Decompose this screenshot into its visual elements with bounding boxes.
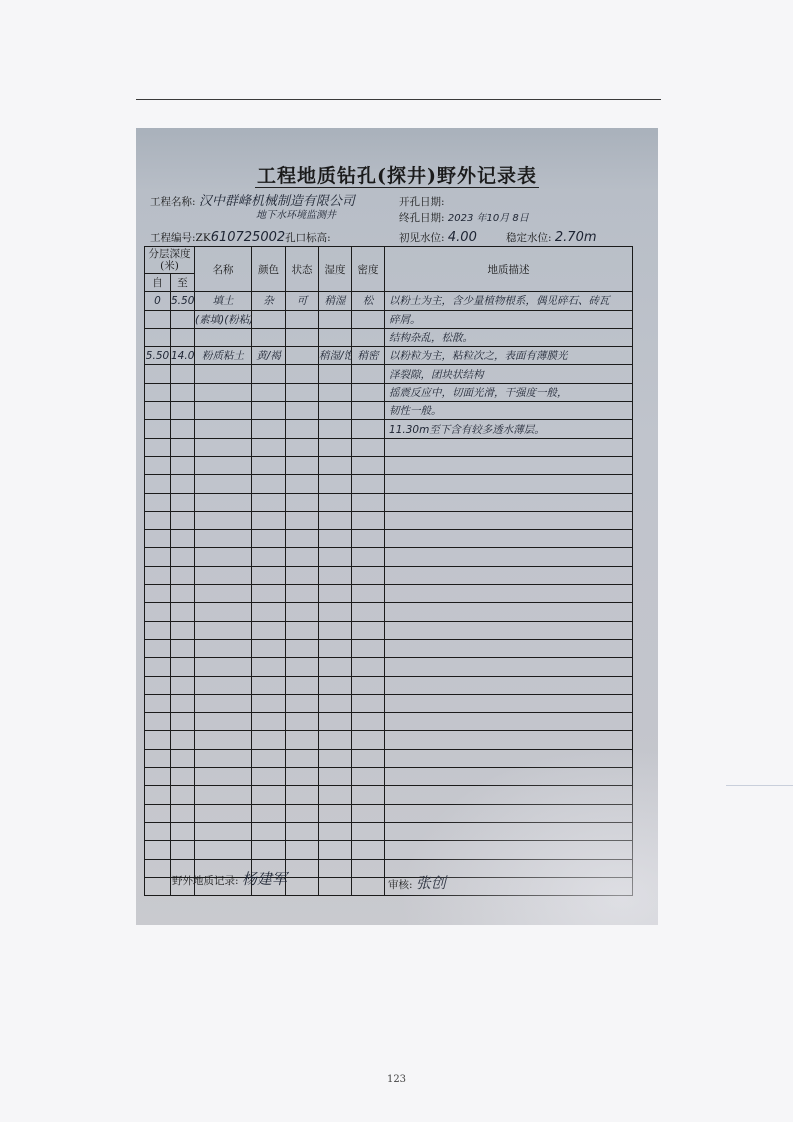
cell-to [171, 731, 195, 749]
cell-density [352, 511, 385, 529]
cell-humidity [319, 383, 352, 401]
cell-from [145, 859, 171, 877]
cell-name [195, 383, 252, 401]
cell-to [171, 749, 195, 767]
cell-density [352, 566, 385, 584]
cell-name [195, 511, 252, 529]
cell-from [145, 768, 171, 786]
table-row [145, 548, 633, 566]
cell-name: 填土 [195, 292, 252, 310]
cell-to [171, 456, 195, 474]
cell-to [171, 603, 195, 621]
cell-to: 14.00 [171, 347, 195, 365]
cell-color [252, 530, 286, 548]
cell-description [385, 768, 633, 786]
cell-description [385, 676, 633, 694]
cell-color: 杂 [252, 292, 286, 310]
cell-description [385, 786, 633, 804]
cell-color [252, 768, 286, 786]
cell-humidity [319, 639, 352, 657]
cell-description [385, 438, 633, 456]
cell-name [195, 603, 252, 621]
cell-to [171, 676, 195, 694]
cell-color [252, 713, 286, 731]
cell-from [145, 383, 171, 401]
cell-state [286, 804, 319, 822]
to-header: 至 [171, 274, 195, 292]
cell-color [252, 786, 286, 804]
cell-to [171, 822, 195, 840]
cell-density [352, 328, 385, 346]
cell-name [195, 493, 252, 511]
cell-to [171, 530, 195, 548]
cell-name [195, 438, 252, 456]
cell-state [286, 786, 319, 804]
cell-to [171, 658, 195, 676]
cell-to [171, 548, 195, 566]
cell-humidity [319, 749, 352, 767]
cell-color [252, 328, 286, 346]
state-header: 状态 [286, 247, 319, 292]
cell-name [195, 676, 252, 694]
cell-density [352, 420, 385, 438]
cell-description [385, 804, 633, 822]
cell-name [195, 566, 252, 584]
cell-color [252, 639, 286, 657]
cell-density [352, 310, 385, 328]
table-row [145, 822, 633, 840]
cell-humidity [319, 822, 352, 840]
table-row: 5.5014.00粉质粘土黄/褐稍湿/饱水稍密以粉粒为主，粘粒次之，表面有薄膜光 [145, 347, 633, 365]
cell-density [352, 731, 385, 749]
cell-density [352, 475, 385, 493]
cell-name [195, 731, 252, 749]
scanned-form: 工程地质钻孔(探井)野外记录表 工程名称: 汉中群峰机械制造有限公司 地下水环境… [136, 128, 658, 925]
cell-state [286, 365, 319, 383]
cell-state [286, 566, 319, 584]
table-row [145, 658, 633, 676]
cell-name: (素填)(粉粘) [195, 310, 252, 328]
from-header: 自 [145, 274, 171, 292]
cell-name [195, 530, 252, 548]
table-body: 05.50填土杂可稍湿松以粉土为主，含少量植物根系，偶见碎石、砖瓦(素填)(粉粘… [145, 292, 633, 896]
cell-humidity: 稍湿 [319, 292, 352, 310]
cell-color [252, 310, 286, 328]
depth-header: 分层深度(米) [145, 247, 195, 274]
form-title: 工程地质钻孔(探井)野外记录表 [136, 161, 658, 188]
cell-from [145, 786, 171, 804]
cell-density [352, 841, 385, 859]
cell-description: 碎屑。 [385, 310, 633, 328]
cell-state [286, 713, 319, 731]
cell-from [145, 658, 171, 676]
cell-name [195, 548, 252, 566]
cell-from [145, 804, 171, 822]
cell-color [252, 841, 286, 859]
table-row [145, 676, 633, 694]
cell-color [252, 566, 286, 584]
color-header: 颜色 [252, 247, 286, 292]
cell-description: 韧性一般。 [385, 402, 633, 420]
cell-to: 5.50 [171, 292, 195, 310]
cell-humidity [319, 621, 352, 639]
cell-to [171, 402, 195, 420]
cell-state [286, 658, 319, 676]
cell-name: 粉质粘土 [195, 347, 252, 365]
review-signature: 审核: 张创 [388, 872, 446, 893]
cell-density [352, 639, 385, 657]
cell-humidity [319, 493, 352, 511]
cell-density [352, 749, 385, 767]
cell-density [352, 438, 385, 456]
cell-density [352, 493, 385, 511]
cell-state [286, 841, 319, 859]
cell-density [352, 768, 385, 786]
cell-state [286, 475, 319, 493]
cell-to [171, 383, 195, 401]
cell-state [286, 438, 319, 456]
table-row [145, 438, 633, 456]
cell-state [286, 621, 319, 639]
start-date-field: 开孔日期: [399, 194, 445, 209]
cell-description [385, 548, 633, 566]
cell-humidity [319, 768, 352, 786]
cell-density: 稍密 [352, 347, 385, 365]
cell-density [352, 658, 385, 676]
table-row [145, 694, 633, 712]
cell-from [145, 694, 171, 712]
cell-to [171, 566, 195, 584]
table-row: 05.50填土杂可稍湿松以粉土为主，含少量植物根系，偶见碎石、砖瓦 [145, 292, 633, 310]
cell-density [352, 694, 385, 712]
cell-to [171, 694, 195, 712]
table-row: 摇震反应中，切面光滑，干强度一般， [145, 383, 633, 401]
cell-humidity [319, 475, 352, 493]
cell-state: 可 [286, 292, 319, 310]
cell-state [286, 328, 319, 346]
cell-name [195, 456, 252, 474]
cell-state [286, 420, 319, 438]
table-row [145, 566, 633, 584]
drilling-log-table: 分层深度(米) 名称 颜色 状态 湿度 密度 地质描述 自 至 05.50填土杂… [144, 246, 633, 896]
cell-description [385, 566, 633, 584]
cell-from [145, 749, 171, 767]
cell-from [145, 456, 171, 474]
cell-from [145, 420, 171, 438]
cell-to [171, 768, 195, 786]
cell-to [171, 475, 195, 493]
cell-color [252, 749, 286, 767]
initial-water-field: 初见水位: 4.00 [399, 230, 477, 245]
table-row [145, 768, 633, 786]
cell-description [385, 822, 633, 840]
cell-from [145, 548, 171, 566]
cell-description [385, 841, 633, 859]
cell-description: 11.30m至下含有较多透水薄层。 [385, 420, 633, 438]
cell-humidity [319, 841, 352, 859]
cell-description [385, 493, 633, 511]
cell-density [352, 402, 385, 420]
cell-from [145, 328, 171, 346]
cell-color [252, 676, 286, 694]
cell-density [352, 822, 385, 840]
cell-description [385, 530, 633, 548]
cell-name [195, 822, 252, 840]
cell-from [145, 676, 171, 694]
cell-color [252, 383, 286, 401]
cell-from [145, 822, 171, 840]
cell-density [352, 530, 385, 548]
cell-from [145, 841, 171, 859]
cell-description [385, 456, 633, 474]
stable-water-field: 稳定水位: 2.70m [506, 230, 597, 245]
cell-humidity [319, 310, 352, 328]
cell-name [195, 694, 252, 712]
cell-density [352, 676, 385, 694]
cell-color [252, 694, 286, 712]
cell-color [252, 456, 286, 474]
cell-from [145, 585, 171, 603]
cell-state [286, 585, 319, 603]
table-row [145, 603, 633, 621]
cell-description [385, 713, 633, 731]
cell-humidity [319, 676, 352, 694]
cell-name [195, 841, 252, 859]
cell-color [252, 365, 286, 383]
cell-description [385, 639, 633, 657]
cell-density [352, 585, 385, 603]
cell-description: 结构杂乱，松散。 [385, 328, 633, 346]
cell-to [171, 310, 195, 328]
cell-density [352, 603, 385, 621]
table-row: (素填)(粉粘)碎屑。 [145, 310, 633, 328]
field-recorder-name: 杨建军 [242, 870, 287, 888]
initial-water-value: 4.00 [448, 230, 477, 245]
cell-to [171, 713, 195, 731]
page-number: 123 [0, 1074, 793, 1085]
cell-from [145, 621, 171, 639]
cell-humidity [319, 877, 352, 895]
cell-state [286, 456, 319, 474]
table-row [145, 456, 633, 474]
cell-humidity [319, 585, 352, 603]
cell-color [252, 438, 286, 456]
cell-name [195, 658, 252, 676]
cell-state [286, 859, 319, 877]
cell-state [286, 511, 319, 529]
cell-color: 黄/褐 [252, 347, 286, 365]
table-row [145, 841, 633, 859]
cell-density [352, 877, 385, 895]
cell-humidity [319, 731, 352, 749]
table-row: 结构杂乱，松散。 [145, 328, 633, 346]
cell-name [195, 585, 252, 603]
cell-humidity [319, 511, 352, 529]
cell-density [352, 383, 385, 401]
cell-state [286, 731, 319, 749]
density-header: 密度 [352, 247, 385, 292]
cell-from [145, 877, 171, 895]
header-rule [136, 99, 661, 100]
cell-from [145, 511, 171, 529]
project-name-line2: 地下水环境监测井 [256, 206, 336, 221]
cell-from [145, 438, 171, 456]
cell-humidity [319, 456, 352, 474]
project-number-field: 工程编号:ZK610725002孔口标高: [150, 230, 331, 245]
cell-color [252, 822, 286, 840]
cell-state [286, 310, 319, 328]
table-row [145, 713, 633, 731]
table-row [145, 621, 633, 639]
cell-from [145, 475, 171, 493]
cell-name [195, 713, 252, 731]
cell-humidity [319, 694, 352, 712]
name-header: 名称 [195, 247, 252, 292]
cell-description: 以粉土为主，含少量植物根系，偶见碎石、砖瓦 [385, 292, 633, 310]
cell-color [252, 603, 286, 621]
table-row [145, 804, 633, 822]
field-record-signature: 野外地质记录: 杨建军 [172, 868, 287, 889]
cell-name [195, 420, 252, 438]
cell-to [171, 639, 195, 657]
cell-state [286, 676, 319, 694]
cell-state [286, 768, 319, 786]
cell-from [145, 530, 171, 548]
cell-description [385, 658, 633, 676]
cell-color [252, 493, 286, 511]
cell-state [286, 822, 319, 840]
table-row [145, 749, 633, 767]
cell-humidity [319, 328, 352, 346]
project-number-value: 610725002 [211, 230, 285, 245]
cell-from: 0 [145, 292, 171, 310]
cell-color [252, 621, 286, 639]
cell-density [352, 548, 385, 566]
cell-to [171, 511, 195, 529]
cell-humidity [319, 365, 352, 383]
cell-to [171, 438, 195, 456]
cell-to [171, 493, 195, 511]
cell-description: 摇震反应中，切面光滑，干强度一般， [385, 383, 633, 401]
cell-color [252, 658, 286, 676]
cell-from [145, 566, 171, 584]
cell-description [385, 749, 633, 767]
cell-to [171, 841, 195, 859]
cell-name [195, 786, 252, 804]
cell-humidity [319, 438, 352, 456]
cell-from [145, 365, 171, 383]
cell-from [145, 731, 171, 749]
cell-humidity [319, 548, 352, 566]
end-date-value: 2023 年10月 8日 [448, 213, 529, 224]
cell-description [385, 731, 633, 749]
cell-humidity: 稍湿/饱水 [319, 347, 352, 365]
cell-state [286, 347, 319, 365]
table-row [145, 530, 633, 548]
cell-to [171, 365, 195, 383]
cell-description [385, 475, 633, 493]
cell-color [252, 420, 286, 438]
cell-state [286, 548, 319, 566]
end-date-field: 终孔日期: 2023 年10月 8日 [399, 209, 529, 225]
cell-state [286, 603, 319, 621]
cell-name [195, 621, 252, 639]
cell-to [171, 328, 195, 346]
cell-from [145, 639, 171, 657]
cell-description: 以粉粒为主，粘粒次之，表面有薄膜光 [385, 347, 633, 365]
cell-description: 泽裂隙，团块状结构 [385, 365, 633, 383]
cell-from [145, 402, 171, 420]
cell-to [171, 786, 195, 804]
cell-color [252, 511, 286, 529]
table-row [145, 511, 633, 529]
cell-density [352, 621, 385, 639]
cell-state [286, 493, 319, 511]
cell-density [352, 365, 385, 383]
cell-from [145, 713, 171, 731]
cell-from: 5.50 [145, 347, 171, 365]
cell-humidity [319, 530, 352, 548]
cell-description [385, 621, 633, 639]
cell-description [385, 859, 633, 877]
cell-color [252, 804, 286, 822]
table-row: 韧性一般。 [145, 402, 633, 420]
cell-humidity [319, 402, 352, 420]
cell-name [195, 328, 252, 346]
cell-from [145, 603, 171, 621]
cell-color [252, 402, 286, 420]
table-row [145, 475, 633, 493]
cell-state [286, 694, 319, 712]
table-row [145, 639, 633, 657]
cell-density [352, 804, 385, 822]
cell-to [171, 585, 195, 603]
cell-density [352, 859, 385, 877]
table-row [145, 493, 633, 511]
cell-humidity [319, 859, 352, 877]
table-row [145, 731, 633, 749]
cell-name [195, 804, 252, 822]
cell-color [252, 475, 286, 493]
cell-state [286, 530, 319, 548]
cell-density [352, 713, 385, 731]
margin-mark [726, 785, 793, 786]
cell-humidity [319, 804, 352, 822]
cell-color [252, 548, 286, 566]
cell-from [145, 493, 171, 511]
cell-state [286, 749, 319, 767]
cell-density [352, 456, 385, 474]
cell-name [195, 639, 252, 657]
cell-state [286, 383, 319, 401]
humidity-header: 湿度 [319, 247, 352, 292]
cell-name [195, 749, 252, 767]
cell-humidity [319, 658, 352, 676]
table-row: 泽裂隙，团块状结构 [145, 365, 633, 383]
cell-from [145, 310, 171, 328]
table-row [145, 786, 633, 804]
cell-humidity [319, 603, 352, 621]
cell-description [385, 511, 633, 529]
cell-to [171, 420, 195, 438]
cell-state [286, 639, 319, 657]
cell-name [195, 768, 252, 786]
reviewer-name: 张创 [416, 874, 446, 892]
cell-state [286, 877, 319, 895]
cell-to [171, 804, 195, 822]
cell-description [385, 603, 633, 621]
cell-humidity [319, 420, 352, 438]
